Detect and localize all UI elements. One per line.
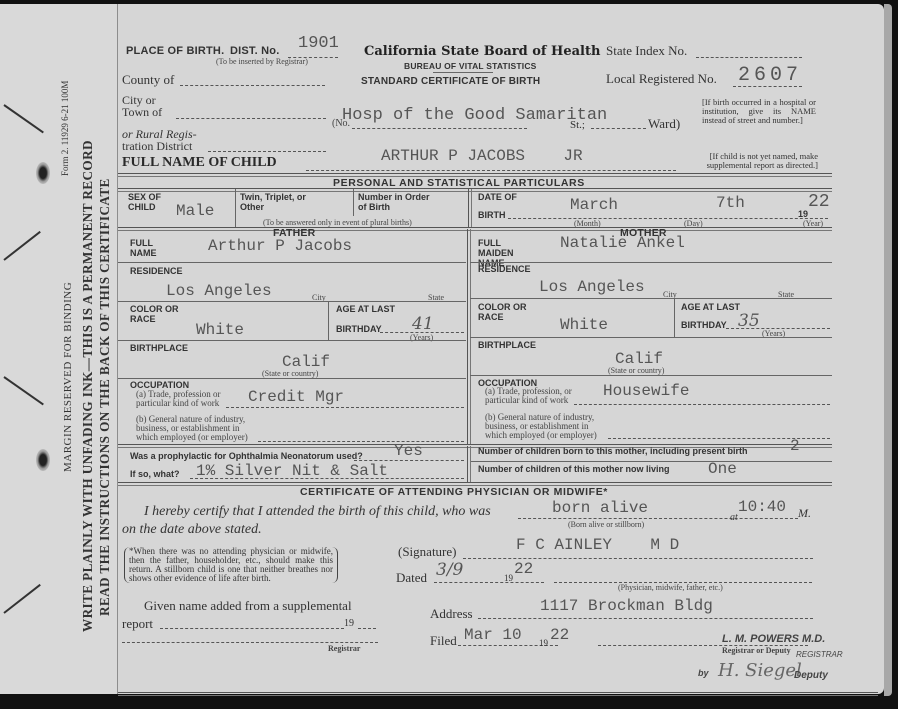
deputy-signature: H. Siegel: [718, 660, 802, 681]
hospital-note: [If birth occurred in a hospital or inst…: [702, 98, 816, 125]
mother-race-value[interactable]: White: [560, 316, 608, 334]
mother-race-label: COLOR OR RACE: [478, 302, 534, 322]
fold-crease: [3, 584, 40, 614]
father-birthplace-label: BIRTHPLACE: [130, 343, 188, 353]
mother-birthplace-caption: (State or country): [608, 366, 664, 375]
certify-line-1: I hereby certify that I attended the bir…: [144, 504, 491, 520]
state-index-label: State Index No.: [606, 43, 687, 59]
certificate-page: Form 2. 11929 6-21 100M MARGIN RESERVED …: [0, 4, 884, 694]
born-line: [518, 518, 798, 519]
supplemental-registrar-caption: Registrar: [328, 644, 360, 653]
divider: [353, 189, 354, 216]
board-title: California State Board of Health: [364, 44, 600, 59]
fold-crease: [3, 231, 40, 261]
county-label: County of: [122, 72, 174, 88]
divider: [235, 189, 236, 227]
divider: [328, 302, 329, 340]
divider: [674, 299, 675, 337]
father-name-label: FULL NAME: [130, 238, 166, 258]
form-number: Form 2. 11929 6-21 100M: [60, 81, 70, 176]
prophylactic-line: [354, 460, 464, 461]
signature-label: (Signature): [398, 544, 456, 560]
bureau-title: BUREAU OF VITAL STATISTICS: [404, 61, 537, 71]
sex-value[interactable]: Male: [176, 202, 214, 220]
child-name-value[interactable]: ARTHUR P JACOBS JR: [381, 147, 583, 165]
signature-value[interactable]: F C AINLEY M D: [516, 536, 679, 554]
born-caption: (Born alive or stillborn): [568, 520, 644, 529]
father-occ-a-line: [226, 407, 464, 408]
at-label: at: [730, 512, 738, 523]
m-label: M.: [798, 506, 811, 521]
ward-line: [591, 128, 646, 129]
dob-month[interactable]: March: [570, 196, 618, 214]
row-rule: [118, 301, 466, 302]
filed-label: Filed: [430, 633, 457, 649]
physician-note: *When there was no attending physician o…: [124, 547, 338, 583]
father-race-label: COLOR OR RACE: [130, 304, 186, 324]
row-rule: [470, 262, 832, 263]
mother-occ-a-label-2: particular kind of work: [485, 395, 568, 405]
supplemental-line-1: Given name added from a supplemental: [144, 598, 352, 614]
place-of-birth-label: PLACE OF BIRTH.: [126, 45, 224, 57]
binding-notice: MARGIN RESERVED FOR BINDING: [62, 282, 74, 472]
certify-line-2: on the date above stated.: [122, 522, 262, 538]
filed-year[interactable]: 22: [550, 626, 569, 644]
dated-line: [434, 582, 544, 583]
rural-label-2: tration District: [122, 139, 192, 154]
father-age-value[interactable]: 41: [412, 314, 434, 334]
time-value[interactable]: 10:40: [738, 498, 786, 516]
supplemental-year-line: [358, 628, 376, 629]
dated-label: Dated: [396, 570, 427, 586]
dob-label-2: BIRTH: [478, 210, 506, 220]
fold-crease: [3, 376, 43, 405]
father-age-label-1: AGE AT LAST: [336, 304, 395, 314]
child-name-note: [If child is not yet named, make supplem…: [678, 152, 818, 170]
registrar-stamp: L. M. POWERS M.D.: [722, 633, 825, 645]
twin-label: Twin, Triplet, or Other: [240, 192, 310, 212]
sex-label: SEX OF CHILD: [128, 192, 174, 212]
father-race-value[interactable]: White: [196, 321, 244, 339]
dist-no-label: DIST. No.: [230, 45, 279, 57]
dob-day[interactable]: 7th: [716, 194, 745, 212]
mother-age-value[interactable]: 35: [738, 311, 760, 331]
order-label: Number in Order of Birth: [358, 192, 438, 212]
father-residence-label: RESIDENCE: [130, 266, 183, 276]
divider: [468, 189, 472, 227]
dist-no-note: (To be inserted by Registrar): [216, 57, 308, 66]
dated-value[interactable]: 3/9: [436, 560, 463, 580]
prophylactic-answer[interactable]: Yes: [394, 442, 423, 460]
children-living-value[interactable]: One: [708, 460, 737, 478]
mother-name-value[interactable]: Natalie Ankel: [560, 234, 685, 252]
mother-age-label-1: AGE AT LAST: [681, 302, 740, 312]
physician-section-title: CERTIFICATE OF ATTENDING PHYSICIAN OR MI…: [300, 486, 608, 498]
children-born-label: Number of children born to this mother, …: [478, 446, 748, 456]
father-occ-a-label-2: particular kind of work: [136, 398, 219, 408]
prophylactic-what-label: If so, what?: [130, 469, 180, 479]
dob-century: 19: [798, 209, 808, 219]
deputy-label: Deputy: [794, 670, 828, 681]
street-line: [352, 128, 527, 129]
street-value[interactable]: Hosp of the Good Samaritan: [342, 106, 607, 125]
supplemental-century: 19: [344, 618, 354, 629]
address-label: Address: [430, 606, 473, 622]
divider: [433, 72, 493, 73]
fold-crease: [3, 104, 43, 133]
binding-margin: Form 2. 11929 6-21 100M MARGIN RESERVED …: [0, 4, 118, 694]
mother-occ-b-label-3: which employed (or employer): [485, 430, 597, 440]
mother-residence-label: RESIDENCE: [478, 264, 531, 274]
plural-note: (To be answered only in event of plural …: [263, 218, 412, 227]
row-rule: [470, 461, 832, 462]
row-rule: [470, 298, 832, 299]
row-rule: [118, 262, 466, 263]
ink-notice: WRITE PLAINLY WITH UNFADING INK—THIS IS …: [80, 140, 96, 632]
father-age-label-2: BIRTHDAY: [336, 324, 382, 334]
page-edge: [884, 4, 892, 696]
mother-age-label-2: BIRTHDAY: [681, 320, 727, 330]
section-rule: [118, 188, 832, 192]
dated-century: 19: [504, 573, 513, 583]
father-occ-b-line: [258, 441, 464, 442]
address-line: [478, 618, 813, 619]
rural-line: [208, 151, 326, 152]
prophylactic-what-value[interactable]: 1% Silver Nit & Salt: [196, 462, 388, 480]
dated-year[interactable]: 22: [514, 560, 533, 578]
dob-year[interactable]: 22: [808, 192, 830, 212]
mother-occ-a-value[interactable]: Housewife: [603, 382, 689, 400]
county-line: [180, 85, 325, 86]
mother-birthplace-label: BIRTHPLACE: [478, 340, 536, 350]
punch-hole: [36, 449, 50, 471]
local-registered-label: Local Registered No.: [606, 71, 717, 87]
row-rule: [470, 375, 832, 376]
certificate-form: PLACE OF BIRTH. DIST. No. 1901 (To be in…: [118, 32, 832, 677]
city-label-2: Town of: [122, 105, 162, 120]
instructions-notice: READ THE INSTRUCTIONS ON THE BACK OF THI…: [97, 178, 113, 616]
born-value[interactable]: born alive: [552, 499, 648, 517]
city-line: [176, 118, 326, 119]
deputy-by: by: [698, 668, 709, 678]
row-rule: [470, 337, 832, 338]
dist-no-value[interactable]: 1901: [298, 34, 339, 53]
father-occ-b-label-3: which employed (or employer): [136, 432, 248, 442]
row-rule: [118, 340, 466, 341]
role-caption: (Physician, midwife, father, etc.): [618, 583, 723, 592]
punch-hole: [36, 162, 50, 184]
certificate-title: STANDARD CERTIFICATE OF BIRTH: [361, 76, 540, 87]
dob-label-1: DATE OF: [478, 192, 517, 202]
father-name-value[interactable]: Arthur P Jacobs: [208, 237, 352, 255]
filed-century: 19: [539, 638, 548, 648]
child-name-line: [306, 170, 676, 171]
row-rule: [118, 227, 832, 231]
father-birthplace-caption: (State or country): [262, 369, 318, 378]
signature-line: [463, 558, 813, 559]
mother-occ-a-line: [574, 404, 830, 405]
dob-line: [508, 218, 828, 219]
supplemental-report-line: [160, 628, 344, 629]
child-name-label: FULL NAME OF CHILD: [122, 155, 277, 171]
filed-value[interactable]: Mar 10: [464, 626, 522, 644]
address-value[interactable]: 1117 Brockman Bldg: [540, 597, 713, 615]
registrar-line: [122, 642, 378, 643]
registrar-caption: Registrar or Deputy: [722, 646, 791, 655]
column-divider: [467, 446, 471, 482]
row-rule: [118, 378, 466, 379]
state-index-line: [696, 57, 802, 58]
prophylactic-question: Was a prophylactic for Ophthalmia Neonat…: [130, 451, 363, 461]
local-registered-value[interactable]: 2607: [738, 64, 802, 87]
father-occ-a-value[interactable]: Credit Mgr: [248, 388, 344, 406]
registrar-stamp-title: REGISTRAR: [796, 650, 843, 659]
bottom-rule: [118, 692, 878, 696]
st-label: St.;: [570, 119, 585, 131]
children-living-label: Number of children of this mother now li…: [478, 464, 670, 474]
children-born-value[interactable]: 2: [790, 437, 800, 455]
father-residence-value[interactable]: Los Angeles: [166, 282, 272, 300]
ward-label: Ward): [648, 116, 680, 132]
mother-residence-value[interactable]: Los Angeles: [539, 278, 645, 296]
supplemental-report-label: report: [122, 616, 153, 632]
